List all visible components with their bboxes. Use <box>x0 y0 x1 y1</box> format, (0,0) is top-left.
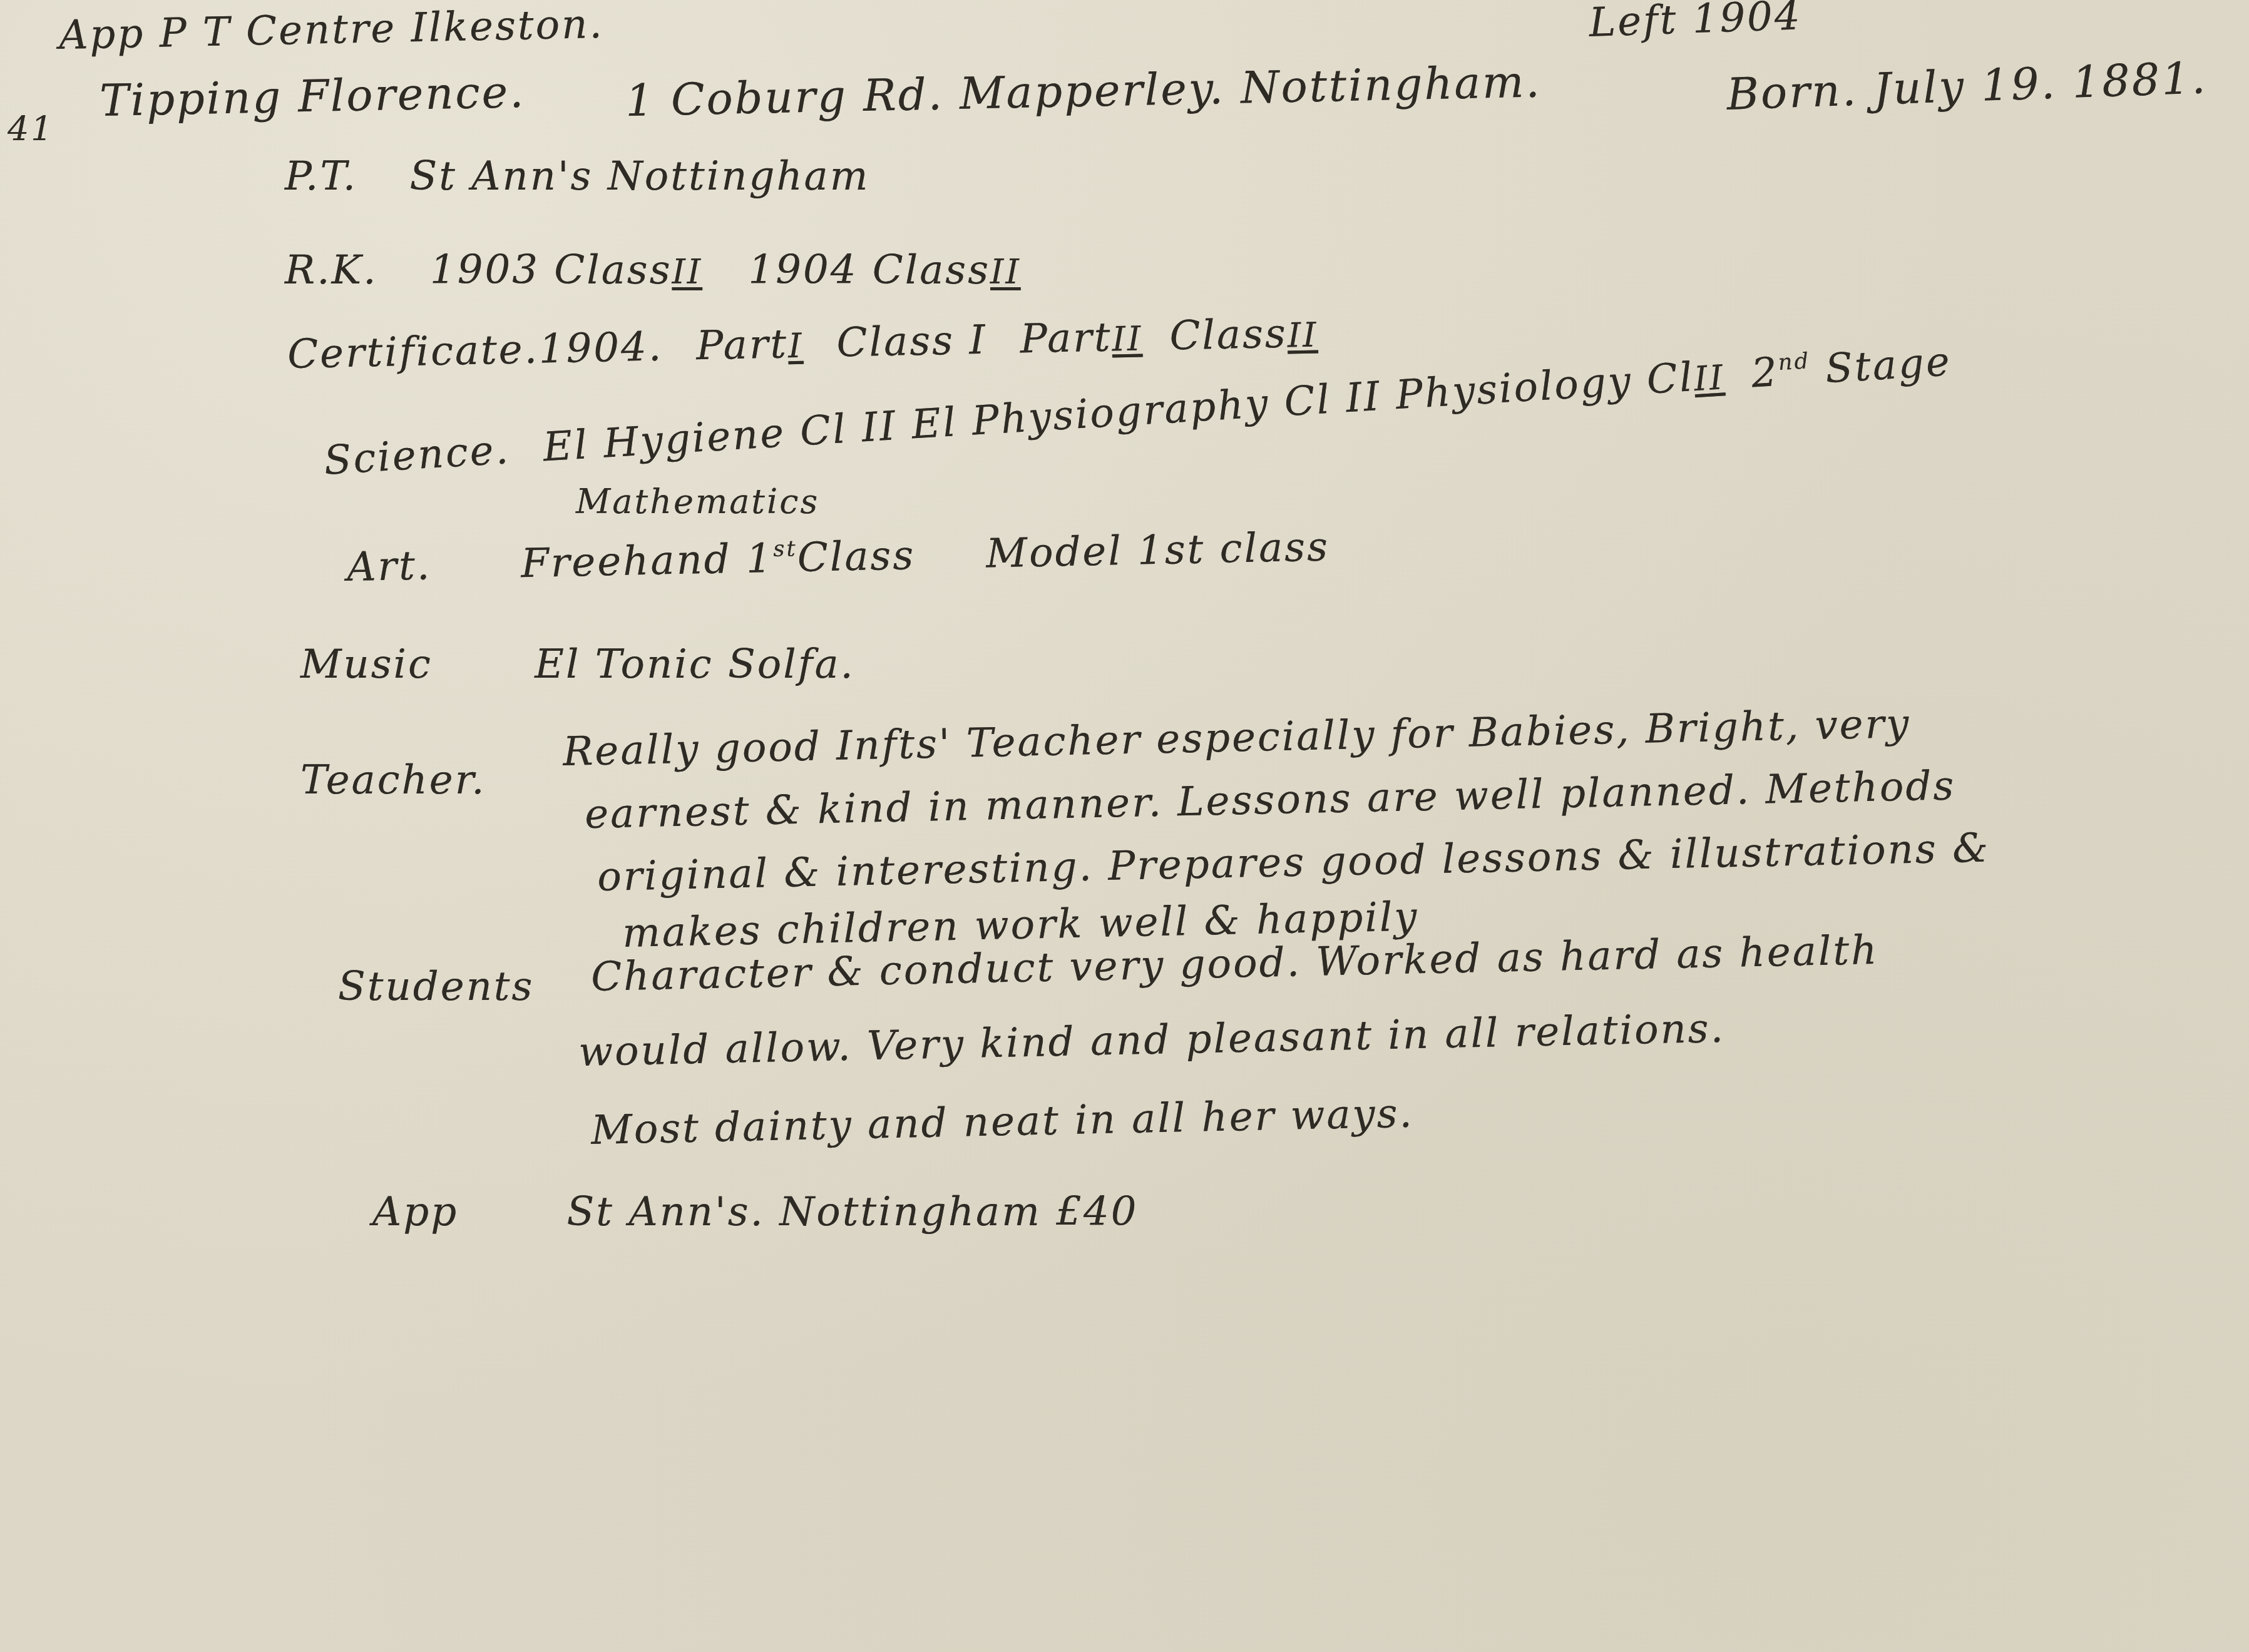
certificate-part-1: Part <box>696 321 789 369</box>
teacher-comment-line: Really good Infts' Teacher especially fo… <box>562 701 1911 775</box>
music-row: Music El Tonic Solfa. <box>300 641 855 688</box>
students-label: Students <box>338 964 534 1010</box>
music-value: El Tonic Solfa. <box>535 641 855 688</box>
art-model: Model 1st class <box>986 524 1330 577</box>
certificate-part-2-class-num: II <box>1287 315 1318 355</box>
birth-date: Born. July 19. 1881. <box>1726 52 2208 120</box>
certificate-row: Certificate.1904. PartI Class I PartII C… <box>287 310 1318 378</box>
certificate-part-1-num: I <box>787 326 804 365</box>
app-row: App St Ann's. Nottingham £40 <box>372 1189 1138 1235</box>
appointment-line: App P T Centre Ilkeston. <box>58 1 604 59</box>
teacher-label: Teacher. <box>300 757 486 803</box>
art-label: Art. <box>346 543 431 591</box>
rk-row: R.K. 1903 ClassII 1904 ClassII <box>285 247 1021 293</box>
art-row: Art. Freehand 1stClass Model 1st class <box>346 524 1329 591</box>
left-date-note: Left 1904 <box>1588 0 1802 46</box>
students-comment-line: would allow. Very kind and pleasant in a… <box>578 1006 1725 1076</box>
rk-label: R.K. <box>285 247 378 293</box>
student-name: Tipping Florence. <box>99 66 526 126</box>
rk-class-1903: II <box>672 252 703 292</box>
art-freehand: Freehand 1 <box>521 536 774 587</box>
certificate-part-1-class: Class I <box>836 317 987 367</box>
teacher-comment-line: earnest & kind in manner. Lessons are we… <box>584 763 1955 838</box>
science-stage-number: 2 <box>1750 349 1780 397</box>
science-stage-suffix: nd <box>1778 348 1811 375</box>
certificate-label: Certificate. <box>287 327 539 378</box>
certificate-year: 1904. <box>538 324 663 372</box>
entry-number: 41 <box>8 110 54 149</box>
science-subjects: El Hygiene Cl II El Physiography Cl II P… <box>541 354 1695 471</box>
science-stage-word: Stage <box>1824 339 1953 392</box>
music-label: Music <box>300 641 433 688</box>
art-freehand-class: Class <box>797 533 916 581</box>
app-value: St Ann's. Nottingham £40 <box>567 1189 1139 1235</box>
app-label: App <box>372 1189 458 1235</box>
rk-value-1903: 1903 Class <box>430 247 672 293</box>
science-physiology-class: II <box>1693 357 1726 399</box>
rk-class-1904: II <box>990 252 1021 292</box>
pt-value: St Ann's Nottingham <box>409 153 869 200</box>
student-address: 1 Coburg Rd. Mapperley. Nottingham. <box>625 56 1542 126</box>
art-freehand-suffix: st <box>773 536 797 562</box>
science-mathematics: Mathematics <box>576 482 819 521</box>
certificate-part-2: Part <box>1020 314 1112 362</box>
teacher-comment-line: original & interesting. Prepares good le… <box>597 825 1990 900</box>
rk-value-1904: 1904 Class <box>749 247 991 293</box>
pt-label: P.T. <box>285 153 357 200</box>
register-page: App P T Centre Ilkeston. Left 1904 41 Ti… <box>0 0 2249 1652</box>
pt-row: P.T. St Ann's Nottingham <box>285 153 869 200</box>
certificate-part-2-num: II <box>1112 319 1143 359</box>
certificate-part-2-class: Class <box>1169 311 1288 360</box>
students-comment-line: Most dainty and neat in all her ways. <box>590 1090 1414 1154</box>
science-label: Science. <box>322 427 511 484</box>
